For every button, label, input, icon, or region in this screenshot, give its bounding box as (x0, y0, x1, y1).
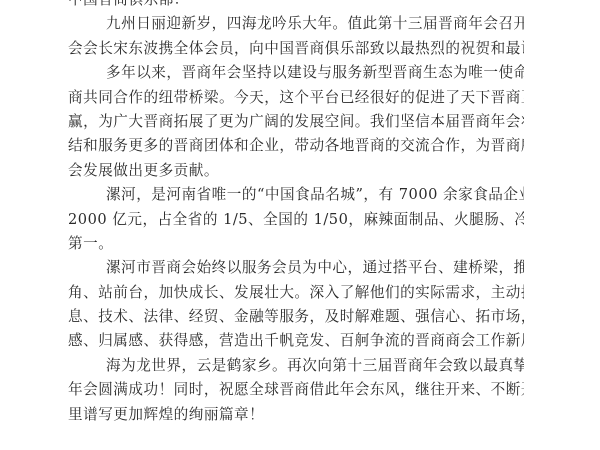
paragraph-chamber-service: 漯河市晋商会始终以服务会员为中心，通过搭平台、建桥梁，推动更多晋商当主 角、站前… (68, 256, 524, 354)
text-line: 会会长宋东波携全体会员，向中国晋商俱乐部致以最热烈的祝贺和最诚挚的祝愿。 (68, 37, 524, 61)
text-line: 2000 亿元，占全省的 1/5、全国的 1/50，麻辣面制品、火腿肠、冷鲜肉单… (68, 208, 524, 232)
text-line: 息、技术、法律、经贸、金融等服务，及时解难题、强信心、拓市场，不断提高他们的认同 (68, 305, 524, 329)
paragraph-mission: 多年以来，晋商年会坚持以建设与服务新型晋商生态为唯一使命，构筑了全球晋 商共同合… (68, 61, 524, 183)
text-line: 九州日丽迎新岁，四海龙吟乐大年。值此第十三届晋商年会召开之际，漯河市晋商 (68, 12, 524, 36)
text-line: 赢，为广大晋商拓展了更为广阔的发展空间。我们坚信本届晋商年会将更加积极的团 (68, 110, 524, 134)
text-line: 年会圆满成功！同时，祝愿全球晋商借此年会东风，继往开来、不断开拓，在新的一年 (68, 378, 524, 402)
text-line: 海为龙世界，云是鹤家乡。再次向第十三届晋商年会致以最真挚的祝贺，祝贺晋商 (68, 354, 524, 378)
text-line: 角、站前台，加快成长、发展壮大。深入了解他们的实际需求，主动提供咨询、信 (68, 281, 524, 305)
salutation: 中国晋商俱乐部： (68, 0, 524, 12)
text-line: 里谱写更加辉煌的绚丽篇章！ (68, 403, 524, 427)
text-line: 第一。 (68, 232, 524, 256)
text-line: 漯河，是河南省唯一的“中国食品名城”，有 7000 余家食品企业，食品产业规模超 (68, 183, 524, 207)
text-line: 会发展做出更多贡献。 (68, 159, 524, 183)
text-line: 多年以来，晋商年会坚持以建设与服务新型晋商生态为唯一使命，构筑了全球晋 (68, 61, 524, 85)
text-line: 漯河市晋商会始终以服务会员为中心，通过搭平台、建桥梁，推动更多晋商当主 (68, 256, 524, 280)
text-line: 商共同合作的纽带桥梁。今天，这个平台已经很好的促进了天下晋商互利互通共荣共 (68, 86, 524, 110)
letter-document: 中国晋商俱乐部： 九州日丽迎新岁，四海龙吟乐大年。值此第十三届晋商年会召开之际，… (68, 0, 524, 427)
paragraph-luohe: 漯河，是河南省唯一的“中国食品名城”，有 7000 余家食品企业，食品产业规模超… (68, 183, 524, 256)
text-line: 感、归属感、获得感，营造出千帆竞发、百舸争流的晋商商会工作新局面。 (68, 329, 524, 353)
text-line: 结和服务更多的晋商团体和企业，带动各地晋商的交流合作，为晋商所在地区经济社 (68, 134, 524, 158)
paragraph-greeting: 九州日丽迎新岁，四海龙吟乐大年。值此第十三届晋商年会召开之际，漯河市晋商 会会长… (68, 12, 524, 61)
paragraph-closing: 海为龙世界，云是鹤家乡。再次向第十三届晋商年会致以最真挚的祝贺，祝贺晋商 年会圆… (68, 354, 524, 427)
